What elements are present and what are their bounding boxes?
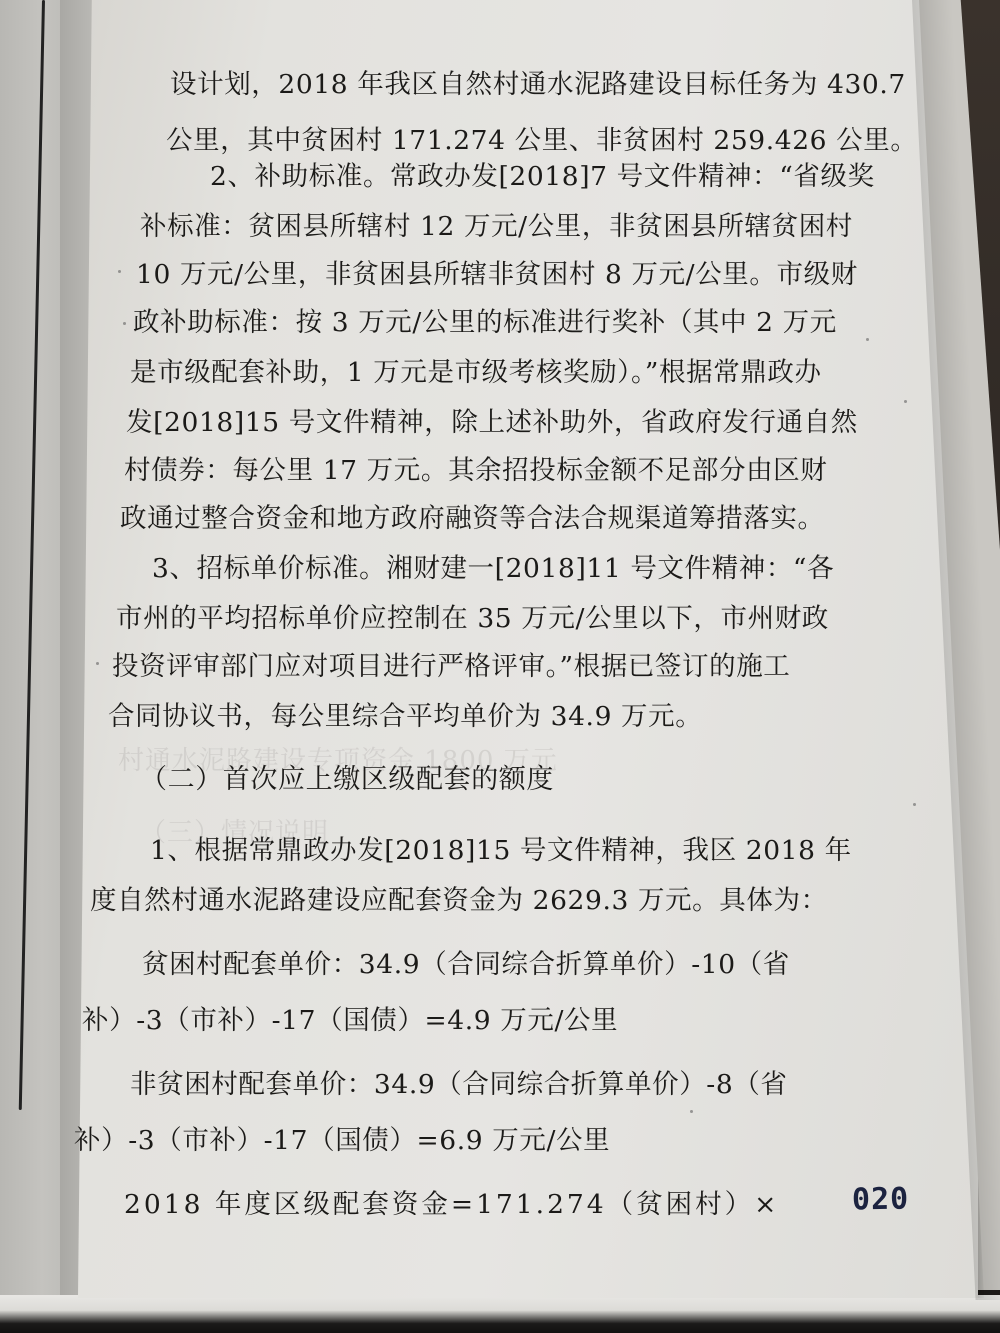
text-line: 3、招标单价标准。湘财建一[2018]11 号文件精神：“各 (152, 556, 834, 583)
text-line: 是市级配套补助，1 万元是市级考核奖励）。”根据常鼎政办 (130, 360, 822, 387)
text-line: 发[2018]15 号文件精神，除上述补助外，省政府发行通自然 (126, 410, 858, 437)
document-page (78, 0, 978, 1298)
paper-speck (904, 400, 907, 403)
text-line: 市州的平均招标单价应控制在 35 万元/公里以下，市州财政 (116, 606, 829, 633)
paper-speck (690, 1110, 693, 1113)
text-line: 2、补助标准。常政办发[2018]7 号文件精神：“省级奖 (210, 164, 875, 191)
text-line: 非贫困村配套单价：34.9（合同综合折算单价）-8（省 (130, 1072, 788, 1099)
paper-speck (96, 662, 99, 665)
text-line: 设计划，2018 年我区自然村通水泥路建设目标任务为 430.7 (170, 72, 906, 99)
text-line: 2018 年度区级配套资金=171.274（贫困村）× (124, 1192, 779, 1219)
bottom-page-stack (0, 1295, 1000, 1333)
photo-scene: 村通水泥路建设专项资金 1800 万元 （三）情况说明 设计划，2018 年我区… (0, 0, 1000, 1333)
paper-speck (118, 270, 121, 273)
text-line: 合同协议书，每公里综合平均单价为 34.9 万元。 (108, 704, 702, 731)
paper-speck (866, 338, 869, 341)
page-number-stamp: 020 (852, 1182, 910, 1218)
text-line: 村债券：每公里 17 万元。其余招投标金额不足部分由区财 (124, 458, 827, 485)
paper-speck (913, 803, 916, 806)
text-line: 补）-3（市补）-17（国债）=6.9 万元/公里 (74, 1128, 610, 1155)
text-line: 贫困村配套单价：34.9（合同综合折算单价）-10（省 (142, 952, 790, 979)
text-line: 补标准：贫困县所辖村 12 万元/公里，非贫困县所辖贫困村 (140, 214, 853, 241)
text-line: 1、根据常鼎政办发[2018]15 号文件精神，我区 2018 年 (150, 838, 852, 865)
text-line: 度自然村通水泥路建设应配套资金为 2629.3 万元。具体为： (90, 888, 828, 915)
text-line: 公里，其中贫困村 171.274 公里、非贫困村 259.426 公里。 (166, 128, 917, 155)
section-heading: （二）首次应上缴区级配套的额度 (140, 766, 554, 793)
text-line: 10 万元/公里，非贫困县所辖非贫困村 8 万元/公里。市级财 (136, 262, 858, 289)
text-line: 投资评审部门应对项目进行严格评审。”根据已签订的施工 (112, 654, 790, 681)
paper-speck (123, 322, 126, 325)
text-line: 政补助标准：按 3 万元/公里的标准进行奖补（其中 2 万元 (133, 310, 837, 337)
text-line: 补）-3（市补）-17（国债）=4.9 万元/公里 (82, 1008, 618, 1035)
text-line: 政通过整合资金和地方政府融资等合法合规渠道筹措落实。 (120, 506, 825, 533)
